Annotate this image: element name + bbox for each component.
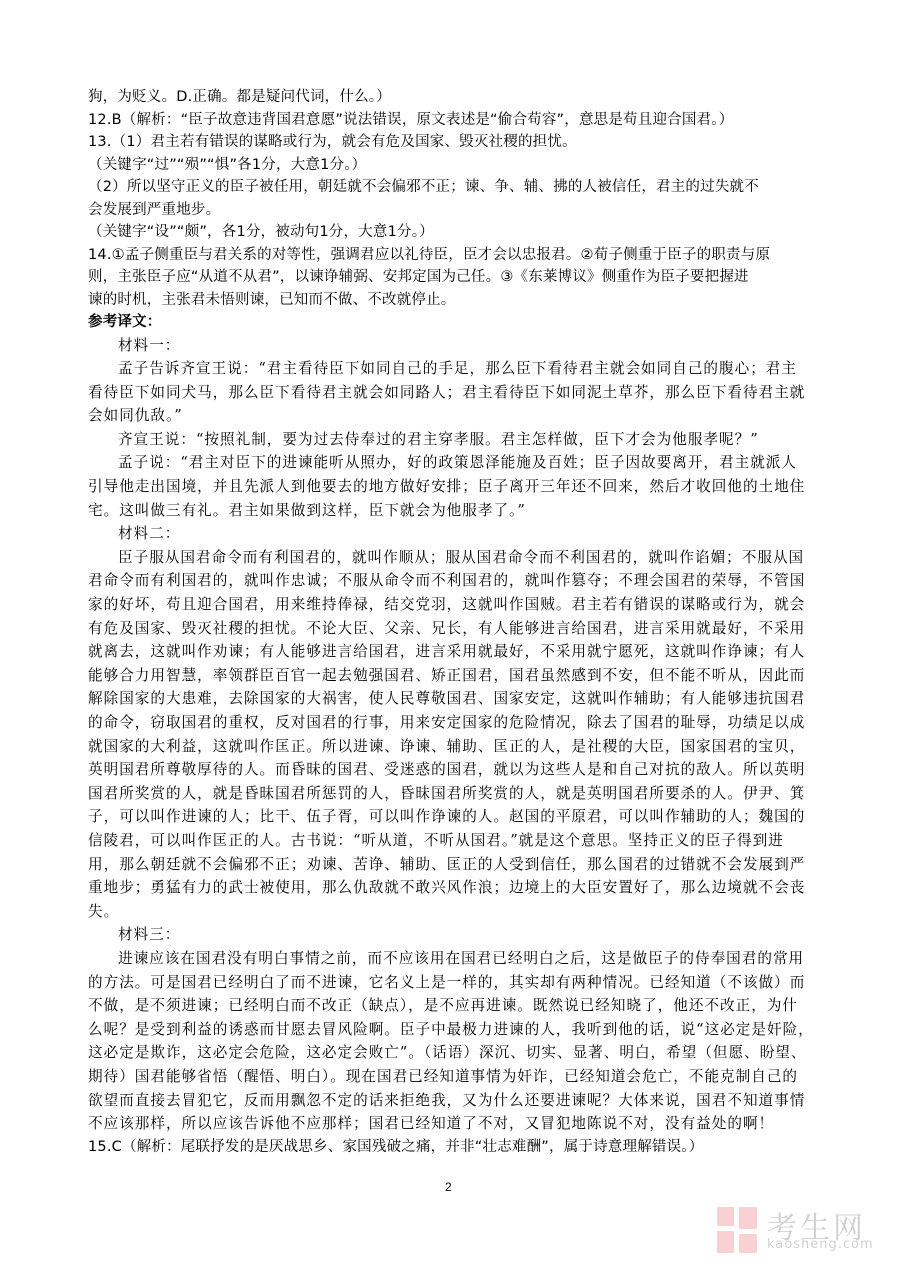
paragraph-line: 进谏应该在国君没有明白事情之前，而不应该用在国君已经明白之后，这是做臣子的侍奉国… bbox=[88, 947, 823, 971]
page-number: 2 bbox=[445, 1180, 452, 1194]
paragraph-line: 臣子服从国君命令而有利国君的，就叫作顺从；服从国君命令而不利国君的，就叫作谄媚；… bbox=[88, 546, 823, 570]
material-three: 材料三： 进谏应该在国君没有明白事情之前，而不应该用在国君已经明白之后，这是做臣… bbox=[88, 923, 823, 1135]
paragraph-line: 期待）国君能够省悟（醒悟、明白）。现在国君已经知道事情为奸诈，已经知道会危亡，不… bbox=[88, 1065, 823, 1089]
paragraph-line: 看待臣下如同犬马，那么臣下看待君主就会如同路人；君主看待臣下如同泥土草芥，那么臣… bbox=[88, 381, 823, 405]
paragraph-line: 齐宣王说：“按照礼制，要为过去侍奉过的君主穿孝服。君主怎样做，臣下才会为他服孝呢… bbox=[88, 428, 823, 452]
paragraph-line: 孟子告诉齐宣王说：“君主看待臣下如同自己的手足，那么臣下看待君主就会如同自己的腹… bbox=[88, 357, 823, 381]
answer-14: 14.①孟子侧重臣与君关系的对等性，强调君应以礼待臣，臣才会以忠报君。②荀子侧重… bbox=[88, 244, 823, 267]
paragraph-line: 能够合力用智慧，率领群臣百官一起去勉强国君、矫正国君，国君虽然感到不安，但不能不… bbox=[88, 664, 823, 688]
scoring-note: （关键字“过”“殒”“惧”各1分，大意1分。） bbox=[88, 154, 823, 177]
answer-line: 则，主张臣子应“从道不从君”，以谏诤辅弼、安邦定国为己任。③《东莱博议》侧重作为… bbox=[88, 266, 823, 289]
paragraph-line: 英明国君所尊敬厚待的人。而昏昧的国君、受迷惑的国君，就以为这些人是和自己对抗的敌… bbox=[88, 758, 823, 782]
answer-15: 15.C（解析：尾联抒发的是厌战思乡、家国残破之痛，并非“壮志难酬”，属于诗意理… bbox=[88, 1136, 823, 1159]
paragraph-line: 的方法。可是国君已经明白了而不进谏，它名义上是一样的，其实却有两种情况。已经知道… bbox=[88, 971, 823, 995]
paragraph-line: 的命令，窃取国君的重权，反对国君的行事，用来安定国家的危险情况，除去了国君的耻辱… bbox=[88, 711, 823, 735]
answer-line: 狗，为贬义。D.正确。都是疑问代词，什么。） bbox=[88, 86, 823, 109]
paragraph-line: 这必定是欺诈，这必定会危险，这必定会败亡”。（话语）深沉、切实、显著、明白，希望… bbox=[88, 1041, 823, 1065]
translation-heading: 参考译文： bbox=[88, 311, 823, 334]
paragraph-line: 重地步；勇猛有力的武士被使用，那么仇敌就不敢兴风作浪；边境上的大臣安置好了，那么… bbox=[88, 876, 823, 900]
paragraph-line: 欲望而直接去冒犯它，反而用飘忽不定的话来拒绝我，又为什么还要进谏呢？大体来说，国… bbox=[88, 1089, 823, 1113]
paragraph-line: 家的好坏，苟且迎合国君，用来维持俸禄，结交党羽，这就叫作国贼。君主若有错误的谋略… bbox=[88, 593, 823, 617]
material-label: 材料三： bbox=[88, 923, 823, 947]
answer-line: 谏的时机，主张君未悟则谏，已知而不做、不改就停止。 bbox=[88, 289, 823, 312]
paragraph-line: 引导他走出国境，并且先派人到他要去的地方做好安排；臣子离开三年还不回来，然后才收… bbox=[88, 475, 823, 499]
answers-section: 狗，为贬义。D.正确。都是疑问代词，什么。） 12.B（解析：“臣子故意违背国君… bbox=[88, 86, 823, 334]
watermark-domain-text: kaosheng.com bbox=[767, 1237, 874, 1252]
paragraph-line: 不做，是不须进谏；已经明白而不改正（缺点），是不应再进谏。既然说已经知晓了，他还… bbox=[88, 994, 823, 1018]
paragraph-line: 会如同仇敌。” bbox=[88, 404, 823, 428]
answer-13-2: （2）所以坚守正义的臣子被任用，朝廷就不会偏邪不正；谏、争、辅、拂的人被信任，君… bbox=[88, 176, 823, 199]
answer-line: 会发展到严重地步。 bbox=[88, 199, 823, 222]
paragraph-line: 孟子说：“君主对臣下的进谏能听从照办，好的政策恩泽能施及百姓；臣子因故要离开，君… bbox=[88, 451, 823, 475]
paragraph-line: 君命令而有利国君的，就叫作忠诚；不服从命令而不利国君的，就叫作篡夺；不理会国君的… bbox=[88, 569, 823, 593]
kaosheng-watermark: 考生网 kaosheng.com bbox=[717, 1207, 897, 1257]
paragraph-line: 就国家的大利益，这就叫作匡正。所以进谏、诤谏、辅助、匡正的人，是社稷的大臣，国家… bbox=[88, 735, 823, 759]
paragraph-line: 有危及国家、毁灭社稷的担忧。不论大臣、父亲、兄长，有人能够进言给国君，进言采用就… bbox=[88, 617, 823, 641]
paragraph-line: 失。 bbox=[88, 900, 823, 924]
paragraph-line: 宅。这叫做三有礼。君主如果做到这样，臣下就会为他服孝了。” bbox=[88, 499, 823, 523]
answer-12: 12.B（解析：“臣子故意违背国君意愿”说法错误，原文表述是“偷合苟容”，意思是… bbox=[88, 109, 823, 132]
material-one: 材料一： 孟子告诉齐宣王说：“君主看待臣下如同自己的手足，那么臣下看待君主就会如… bbox=[88, 334, 823, 523]
paragraph-line: 解除国家的大患难，去除国家的大祸害，使人民尊敬国君、国家安定，这就叫作辅助；有人… bbox=[88, 687, 823, 711]
material-label: 材料二： bbox=[88, 522, 823, 546]
paragraph-line: 就离去，这就叫作劝谏；有人能够进言给国君，进言采用就最好，不采用就宁愿死，这就叫… bbox=[88, 640, 823, 664]
paragraph-line: 子，可以叫作进谏的人；比干、伍子胥，可以叫作诤谏的人。赵国的平原君，可以叫作辅助… bbox=[88, 805, 823, 829]
paragraph-line: 用，那么朝廷就不会偏邪不正；劝谏、苦诤、辅助、匡正的人受到信任，那么国君的过错就… bbox=[88, 853, 823, 877]
paragraph-line: 信陵君，可以叫作匡正的人。古书说：“听从道，不听从国君。”就是这个意思。坚持正义… bbox=[88, 829, 823, 853]
document-page: 狗，为贬义。D.正确。都是疑问代词，什么。） 12.B（解析：“臣子故意违背国君… bbox=[88, 86, 823, 1158]
paragraph-line: 么呢？是受到利益的诱惑而甘愿去冒风险啊。臣子中最极力进谏的人，我听到他的话，说“… bbox=[88, 1018, 823, 1042]
scoring-note: （关键字“设”“颇”，各1分，被动句1分，大意1分。） bbox=[88, 221, 823, 244]
paragraph-line: 不应该那样，所以应该告诉他不应那样；国君已经知道了不对，又冒犯地陈说不对，没有益… bbox=[88, 1112, 823, 1136]
kaosheng-logo-icon bbox=[717, 1207, 757, 1253]
paragraph-line: 国君所奖赏的人，就是昏昧国君所惩罚的人，昏昧国君所奖赏的人，就是英明国君所要杀的… bbox=[88, 782, 823, 806]
material-two: 材料二： 臣子服从国君命令而有利国君的，就叫作顺从；服从国君命令而不利国君的，就… bbox=[88, 522, 823, 923]
material-label: 材料一： bbox=[88, 334, 823, 358]
answer-13-1: 13.（1）君主若有错误的谋略或行为，就会有危及国家、毁灭社稷的担忧。 bbox=[88, 131, 823, 154]
